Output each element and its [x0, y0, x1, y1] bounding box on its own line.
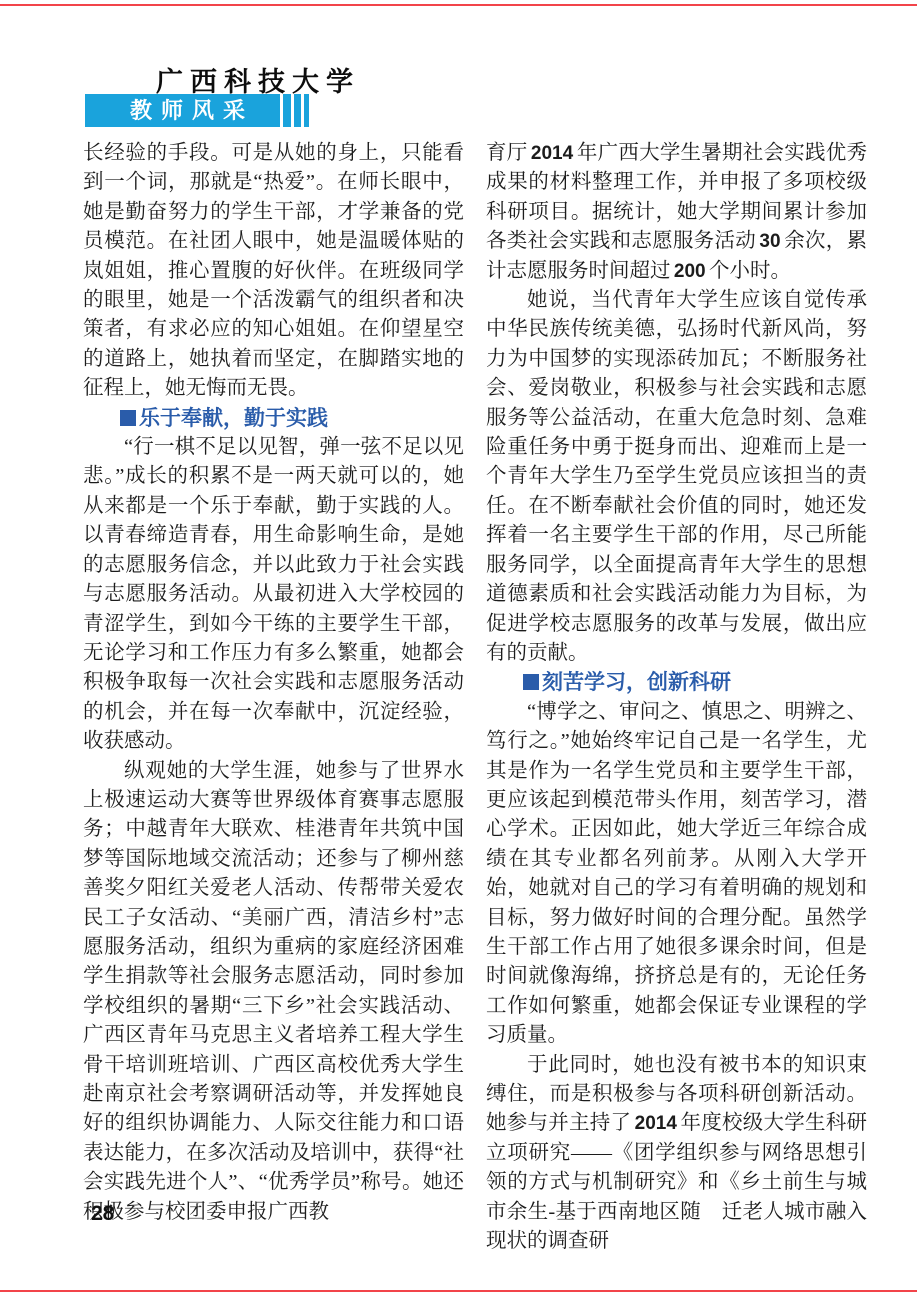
paragraph: 她说，当代青年大学生应该自觉传承中华民族传统美德，弘扬时代新风尚，努力为中国梦的… [486, 286, 867, 668]
section-heading: 乐于奉献，勤于实践 [83, 404, 464, 433]
paragraph: 于此同时，她也没有被书本的知识束缚住，而是积极参与各项科研创新活动。她参与并主持… [486, 1051, 867, 1257]
text-run: “行一棋不足以见智，弹一弦不足以见悲。”成长的积累不是一两天就可以的，她从来都是… [83, 436, 464, 752]
bold-number: 2014 [635, 1113, 677, 1134]
text-run: 长经验的手段。可是从她的身上，只能看到一个词，那就是“热爱”。在师长眼中，她是勤… [83, 142, 464, 399]
bold-number: 2014 [531, 143, 573, 164]
bold-number: 200 [674, 261, 706, 282]
banner-stripe-icon [291, 94, 294, 127]
square-bullet-icon [120, 410, 136, 426]
text-run: 她说，当代青年大学生应该自觉传承中华民族传统美德，弘扬时代新风尚，努力为中国梦的… [486, 289, 867, 664]
text-run: “博学之、审问之、慎思之、明辨之、笃行之。”她始终牢记自己是一名学生，尤其是作为… [486, 701, 867, 1046]
top-edge-rule [0, 4, 917, 6]
paragraph: “博学之、审问之、慎思之、明辨之、笃行之。”她始终牢记自己是一名学生，尤其是作为… [486, 698, 867, 1051]
text-run: 纵观她的大学生涯，她参与了世界水上极速运动大赛等世界级体育赛事志愿服务；中越青年… [83, 760, 464, 1223]
bottom-edge-rule [0, 1290, 917, 1292]
banner-stripe-icon [301, 94, 304, 127]
bold-number: 30 [759, 231, 780, 252]
square-bullet-icon [523, 674, 539, 690]
section-heading: 刻苦学习，创新科研 [486, 668, 867, 697]
banner-stripe-icon [280, 94, 283, 127]
page-number: 28 [91, 1202, 114, 1226]
right-column: 育厅2014年广西大学生暑期社会实践优秀成果的材料整理工作，并申报了多项校级科研… [486, 139, 867, 1256]
section-heading-text: 乐于奉献，勤于实践 [139, 407, 328, 430]
paragraph: 育厅2014年广西大学生暑期社会实践优秀成果的材料整理工作，并申报了多项校级科研… [486, 139, 867, 286]
text-run: 育厅 [486, 142, 528, 164]
paragraph: “行一棋不足以见智，弹一弦不足以见悲。”成长的积累不是一两天就可以的，她从来都是… [83, 433, 464, 756]
section-heading-text: 刻苦学习，创新科研 [542, 671, 731, 694]
paragraph: 长经验的手段。可是从她的身上，只能看到一个词，那就是“热爱”。在师长眼中，她是勤… [83, 139, 464, 404]
document-page: 广西科技大学 教师风采 长经验的手段。可是从她的身上，只能看到一个词，那就是“热… [0, 0, 917, 1300]
section-banner: 教师风采 [85, 94, 309, 127]
banner-label: 教师风采 [130, 94, 254, 127]
paragraph: 纵观她的大学生涯，她参与了世界水上极速运动大赛等世界级体育赛事志愿服务；中越青年… [83, 757, 464, 1228]
text-run: 个小时。 [709, 260, 791, 282]
article-body: 长经验的手段。可是从她的身上，只能看到一个词，那就是“热爱”。在师长眼中，她是勤… [83, 139, 867, 1256]
left-column: 长经验的手段。可是从她的身上，只能看到一个词，那就是“热爱”。在师长眼中，她是勤… [83, 139, 464, 1256]
